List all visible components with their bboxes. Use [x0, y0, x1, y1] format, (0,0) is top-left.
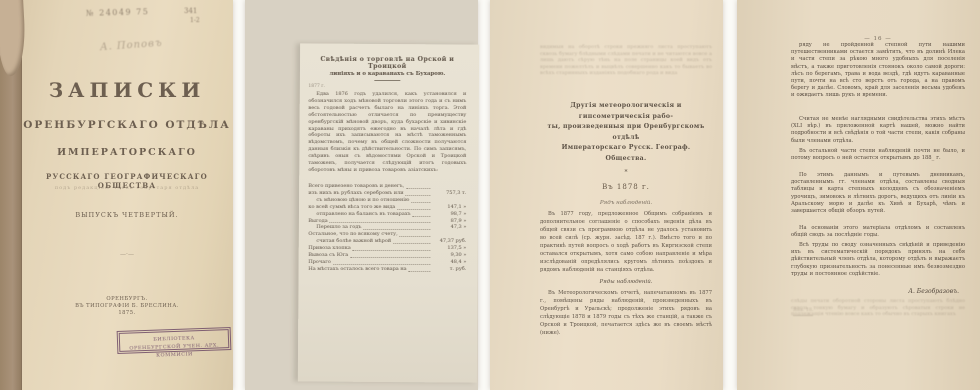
imprint-printer: ВЪ ТИПОГРАФІИ Б. БРЕСЛИНА. [21, 303, 233, 310]
show-through-text: видимыя на оборотѣ строки прежняго листа… [540, 44, 712, 94]
body-paragraph-3: Въ остальной части степи наблюденій почт… [791, 148, 965, 169]
stamp-line-2: ОРЕНБУРГСКОЙ УЧЕН. АРХ. КОММИСІИ [120, 341, 228, 361]
dotted-leader [330, 222, 431, 223]
show-through-lines: слѣды печати оборотной стороны листа про… [791, 298, 965, 317]
account-row: Перешло за годъ 47,3 » [308, 224, 466, 231]
imprint-city: ОРЕНБУРГЪ. [21, 296, 233, 303]
page-3-meteorology-section: видимыя на оборотѣ строки прежняго листа… [490, 0, 723, 390]
article-heading-line-2: линіяхъ и о караванахъ съ Бухарою. [308, 71, 466, 77]
imprint-block: ОРЕНБУРГЪ. ВЪ ТИПОГРАФІИ Б. БРЕСЛИНА. 18… [21, 296, 233, 317]
account-row-value: 47,37 руб. [432, 238, 466, 245]
account-table: Всего привезено товаровъ и денегъ, изъ н… [308, 183, 466, 273]
body-paragraph-1: Въ 1877 году, предложенное Общимъ собран… [540, 210, 712, 275]
page-1-title-page: № 24049 75 341 1-2 А. Поповъ ЗАПИСКИ ОРЕ… [0, 0, 233, 390]
dotted-leader [333, 264, 431, 265]
account-row-label: Всего привезено товаровъ и денегъ, [308, 183, 404, 190]
dotted-leader [400, 236, 431, 237]
account-row-label: изъ нихъ въ рублахъ серебромъ или [308, 190, 403, 197]
page-4-text-page: — 16 — ряду не пройденной степной пути н… [737, 0, 980, 390]
account-row: изъ нихъ въ рублахъ серебромъ или 757,3 … [308, 190, 466, 197]
asterisk-divider: * [540, 169, 712, 176]
account-row-value: 47,3 » [432, 224, 466, 231]
body-paragraph-1: ряду не пройденной степной пути нашими п… [791, 42, 965, 113]
author-signature: А. Безобразовъ. [791, 288, 965, 295]
page-2-print-block: Свѣдѣнія о торговлѣ на Орской и Троицкой… [308, 56, 466, 273]
book-subtitle-editor: подъ редакціею члена-секретаря отдѣла [21, 185, 233, 191]
account-row-value: 98,7 » [432, 211, 466, 218]
account-row-value: 9,30 » [432, 252, 466, 259]
account-row: Всего привезено товаровъ и денегъ, [308, 183, 466, 190]
dotted-leader [409, 271, 431, 272]
dotted-leader [363, 229, 430, 230]
subheading-observations-1: Рядъ наблюденій. [540, 200, 712, 206]
dotted-leader [350, 257, 430, 258]
book-subtitle-imperial: ИМПЕРАТОРСКАГО [21, 147, 233, 158]
library-ink-stamp: БИБЛІОТЕКА ОРЕНБУРГСКОЙ УЧЕН. АРХ. КОММИ… [117, 327, 232, 354]
pencil-shelf-mark-2: 1-2 [190, 17, 200, 24]
account-row: считая болѣе важной мѣрой 47,37 руб. [308, 238, 466, 245]
page-2-scanned-sheet: Свѣдѣнія о торговлѣ на Орской и Троицкой… [298, 43, 479, 382]
book-title: ЗАПИСКИ [21, 78, 233, 102]
dotted-leader [413, 216, 431, 217]
account-row: ко всей суммѣ вѣса того же вида 147,1 » [308, 204, 466, 211]
account-row: Прочаго 48,4 » [308, 259, 466, 266]
body-paragraph-4: По этимъ даннымъ и путевымъ дневникамъ, … [791, 172, 965, 222]
body-paragraph: Едва 1876 годъ удалился, какъ установилс… [308, 91, 466, 181]
account-row-label: Привоза хлопка [308, 245, 350, 252]
account-row: Привоза хлопка 137,5 » [308, 245, 466, 252]
body-paragraph-5: На основаніи этого матеріала отдѣломъ и … [791, 225, 965, 239]
section-heading-line-1: Другія метеорологическія и гипсометричес… [540, 101, 712, 122]
dotted-leader [397, 209, 430, 210]
account-row-value: 757,3 т. [432, 190, 466, 197]
section-heading: Другія метеорологическія и гипсометричес… [540, 101, 712, 164]
issue-number: ВЫПУСКЪ ЧЕТВЕРТЫЙ. [21, 211, 233, 219]
body-paragraph-2: Считая не менѣе наглядными свидѣтельства… [791, 116, 965, 145]
year-heading: Въ 1878 г. [540, 183, 712, 191]
imprint-year: 1875. [21, 310, 233, 317]
title-ornament: —·— [21, 251, 233, 258]
book-subtitle-department: ОРЕНБУРГСКАГО ОТДѢЛА [21, 119, 233, 131]
dotted-leader [353, 250, 431, 251]
dotted-leader [406, 195, 431, 196]
heading-rule [374, 80, 400, 81]
account-row-label: Вывоза съ Юга [308, 252, 348, 259]
section-heading-line-2: ты, произведенныя при Оренбургскомъ отдѣ… [540, 122, 712, 143]
dotted-leader [406, 188, 430, 189]
account-row-label: считая болѣе важной мѣрой [316, 238, 391, 245]
pencil-shelf-mark: 341 [184, 7, 197, 15]
page-number: — 16 — [791, 36, 965, 42]
page-4-print-block: — 16 — ряду не пройденной степной пути н… [791, 36, 965, 322]
section-heading-line-3: Императорскаго Русск. Географ. Общества. [540, 143, 712, 164]
account-row-label: На мѣстахъ осталось всего товара на [308, 266, 406, 273]
account-row: На мѣстахъ осталось всего товара на т. р… [308, 266, 466, 273]
account-row-label: Остальное, что по всякому счету, [308, 231, 397, 238]
dotted-leader [393, 243, 430, 244]
account-row-label: Прочаго [308, 259, 331, 266]
account-row-value: 87,9 » [432, 218, 466, 225]
torn-paper-patch [0, 0, 27, 77]
account-row-value: т. руб. [432, 266, 466, 273]
account-row: Вывоза съ Юга 9,30 » [308, 252, 466, 259]
footnote-date: Янв. 18. [793, 308, 813, 316]
account-row-value: 147,1 » [432, 204, 466, 211]
page-3-print-block: видимыя на оборотѣ строки прежняго листа… [540, 44, 712, 341]
account-row: Выгода 87,9 » [308, 218, 466, 225]
account-row: съ мѣновою цѣною и по отношенію [308, 197, 466, 204]
subheading-observations-2: Ряды наблюденій. [540, 279, 712, 285]
account-row-label: съ мѣновою цѣною и по отношенію [316, 197, 409, 204]
year-note: 1877 г. [308, 84, 466, 89]
show-through-text: слѣды печати оборотной стороны листа про… [791, 298, 965, 322]
body-paragraph-6: Всѣ труды по своду означенныхъ свѣдѣній … [791, 242, 965, 285]
account-row-label: ко всей суммѣ вѣса того же вида [308, 204, 395, 211]
account-row-value: 48,4 » [432, 259, 466, 266]
page-2-trade-report: Свѣдѣнія о торговлѣ на Орской и Троицкой… [245, 0, 478, 390]
dotted-leader [411, 202, 430, 203]
pencil-inventory-number: № 24049 75 [86, 7, 150, 18]
account-row-label: Выгода [308, 218, 327, 225]
account-row-label: отправлено на балансъ въ товарахъ [316, 211, 410, 218]
article-heading-line-1: Свѣдѣнія о торговлѣ на Орской и Троицкой [308, 56, 466, 70]
book-spine-edge [0, 0, 22, 390]
account-row: отправлено на балансъ въ товарахъ 98,7 » [308, 211, 466, 218]
account-row-label: Перешло за годъ [316, 224, 361, 231]
pencil-owner-signature: А. Поповъ [100, 38, 163, 53]
body-paragraph-2: Въ Метеорологическомъ отчетѣ, напечатанн… [540, 289, 712, 341]
account-row-value: 137,5 » [432, 245, 466, 252]
